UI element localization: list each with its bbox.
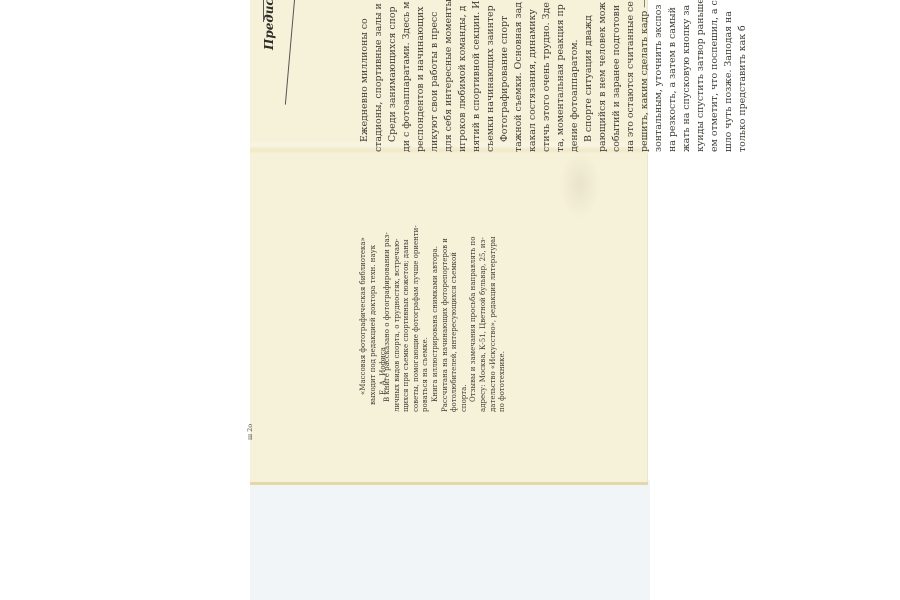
body-text-line: та, моментальная реакция пр	[554, 0, 568, 152]
annotation-line: Книга иллюстрирована снимками автора.	[431, 225, 441, 412]
body-text-line: жать на спусковую кнопку за	[680, 0, 694, 152]
annotation-line: В книге рассказано о фотографировании ра…	[383, 225, 393, 412]
body-text-line: тажной съемки. Основная зад	[512, 0, 526, 152]
body-text-line: Среди занимающихся спор	[386, 0, 400, 152]
annotation-line: щихся при съемке спортивных сюжетов; дан…	[402, 225, 412, 412]
annotation-line: фотолюбителей, интересующихся съемкой	[450, 225, 460, 412]
body-text-line: на это остаются считанные се	[624, 0, 638, 152]
imprint-line: выходит под редакцией доктора техн. наук	[368, 237, 378, 405]
annotation-line: Рассчитана на начинающих фоторепортеров …	[441, 225, 451, 412]
body-text-line: нятий в спортивной секции. И	[470, 0, 484, 152]
body-text-line: съемки начинающих заинтер	[484, 0, 498, 152]
body-text-line: ликуют свои работы в пресс	[428, 0, 442, 152]
body-text-line: для себя интересные моменты	[442, 0, 456, 152]
annotation-line: дательство «Искусство», редакция литерат…	[489, 225, 499, 412]
annotation-line: Отзывы и замечания просьба направлять по	[469, 225, 479, 412]
body-text-line: Фотографирование спорт	[498, 0, 512, 152]
body-text-line: стичь этого очень трудно. Зде	[540, 0, 554, 152]
body-text-line: дение фотоаппаратом.	[568, 0, 582, 152]
body-text-line: В спорте ситуация дважд	[582, 0, 596, 152]
body-text-line: зонтальным, уточнить экспоз	[652, 0, 666, 152]
page-bottom-edge	[250, 482, 648, 485]
body-text-line: респондентов и начинающих	[414, 0, 428, 152]
annotation-line: советы, помогающие фотографам лучше орие…	[412, 225, 422, 412]
page-marker: ш 2о	[246, 424, 254, 440]
body-text-line: на резкость, а затем в самый	[666, 0, 680, 152]
section-heading: Предис	[262, 0, 276, 50]
body-text-line: рающийся в нем человек мож	[596, 0, 610, 152]
body-text-line: стадионы, спортивные залы и	[372, 0, 386, 152]
annotation-line: личных видов спорта, о трудностях, встре…	[393, 225, 403, 412]
body-text-line: какал состязания, динамику	[526, 0, 540, 152]
annotation-line: по фототехнике.	[498, 225, 508, 412]
body-text-line: ди с фотоаппаратами. Здесь м	[400, 0, 414, 152]
body-text-line: игроков любимой команды, д	[456, 0, 470, 152]
body-text-line: решить, каким сделать кадр —	[638, 0, 652, 152]
underlying-sheet	[250, 480, 650, 600]
annotation-line: роваться на съемке.	[421, 225, 431, 412]
body-text-line: куиды спустить затвор раньше	[694, 0, 708, 152]
body-text-line: шло чуть позже. Заподая на	[722, 0, 736, 152]
body-text-line: только представить как б	[736, 0, 750, 152]
body-text-line: событий и заранее подготови	[610, 0, 624, 152]
imprint-line: «Массовая фотографическая библиотека»	[358, 237, 368, 405]
body-text-line: Ежедневно миллионы со	[358, 0, 372, 152]
annotation-line: спорта.	[460, 225, 470, 412]
body-text-line: ем отметит, что поспешил, а с	[708, 0, 722, 152]
paper-crease	[560, 150, 600, 220]
annotation-line: адресу: Москва, К-51, Цветной бульвар, 2…	[479, 225, 489, 412]
body-text-column: Ежедневно миллионы состадионы, спортивны…	[358, 0, 750, 152]
book-annotation: В книге рассказано о фотографировании ра…	[383, 225, 508, 412]
